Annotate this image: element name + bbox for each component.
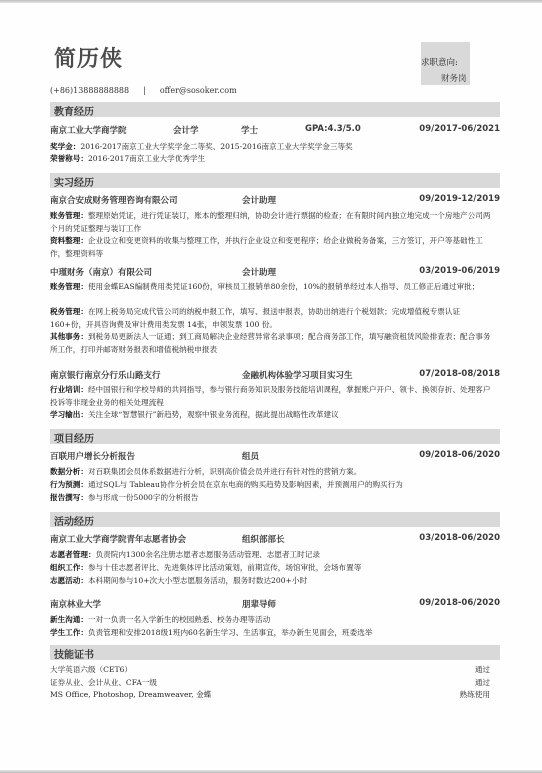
education-header-row: 南京工业大学商学院 会计学 学士 GPA:4.3/5.0 09/2017-06/… (50, 124, 500, 138)
phone: (+86)13888888888 (50, 86, 129, 95)
role: 朋辈导师 (242, 598, 276, 610)
contact-line: (+86)13888888888|offer@sosoker.com (50, 86, 237, 95)
intent-value: 财务岗 (441, 72, 469, 84)
gpa: GPA:4.3/5.0 (305, 124, 361, 134)
role: 组织部部长 (242, 533, 285, 545)
project-header-row: 百联用户增长分析报告 组员 09/2018-06/2020 (50, 450, 500, 464)
activity-line: 志愿活动：本科期间参与10+次大小型志愿服务活动，服务时数达200+小时 (50, 575, 495, 588)
activity-header-row: 南京工业大学商学院青年志愿者协会 组织部部长 03/2018-06/2020 (50, 533, 500, 547)
section-education: 教育经历 (50, 102, 500, 117)
project-name: 百联用户增长分析报告 (50, 450, 135, 462)
role: 会计助理 (242, 266, 276, 278)
skill-item: 证券从业、会计从业、CFA一级 通过 (50, 677, 490, 689)
internship-header-row: 南京合安成财务管理咨询有限公司 会计助理 09/2019-12/2019 (50, 194, 500, 208)
school: 南京工业大学商学院 (50, 124, 127, 136)
skill-item: 大学英语六级（CET6） 通过 (50, 664, 490, 676)
activity-line: 志愿者管理：负责院内1300余名注册志愿者志愿服务活动管理、志愿者工时记录 (50, 549, 495, 562)
internship-line: 资料整理：企业设立和变更资料的收集与整理工作，并执行企业设立和变更程序；给企业做… (50, 235, 495, 260)
role: 金融机构体验学习项目实习生 (242, 369, 353, 381)
section-project: 项目经历 (50, 429, 500, 444)
date: 07/2018-08/2018 (419, 369, 500, 379)
internship-line: 税务管理：在网上税务局完成代管公司的纳税申报工作，填写、报送申报表，协助出纳进行… (50, 306, 495, 331)
skill-level: 熟练使用 (460, 689, 490, 700)
skill-name: 大学英语六级（CET6） (50, 665, 132, 674)
activity-line: 学生工作：负责管理和安排2018级1班内60名新生学习、生活事宜，举办新生见面会… (50, 627, 495, 640)
page-top-edge (0, 0, 542, 3)
major: 会计学 (173, 124, 199, 136)
education-line: 奖学金：2016-2017南京工业大学奖学金二等奖、2015-2016南京工业大… (50, 141, 495, 154)
section-skills: 技能证书 (50, 645, 500, 660)
org: 南京林业大学 (50, 598, 101, 610)
org: 南京银行南京分行乐山路支行 (50, 369, 161, 381)
date: 03/2018-06/2020 (419, 533, 500, 543)
internship-line: 账务管理：整理原始凭证，进行凭证装订，账本的整理归纳，协助会计进行票据的检查；在… (50, 210, 495, 235)
project-line: 数据分析：对百联集团会员体系数据进行分析，识别高价值会员并进行有针对性的营销方案… (50, 466, 495, 479)
role: 组员 (242, 450, 259, 462)
date: 03/2019-06/2019 (419, 266, 500, 276)
activity-header-row: 南京林业大学 朋辈导师 09/2018-06/2020 (50, 598, 500, 612)
date: 09/2019-12/2019 (419, 194, 500, 204)
section-internship: 实习经历 (50, 173, 500, 188)
internship-line: 行业培训：经中国银行和学校导师的共同指导，参与银行商务知识及服务技能培训课程，掌… (50, 384, 495, 409)
activity-line: 新生沟通：一对一负责一名入学新生的校园熟悉、校务办理等活动 (50, 614, 495, 627)
internship-header-row: 中瑾财务（南京）有限公司 会计助理 03/2019-06/2019 (50, 266, 500, 280)
degree: 学士 (241, 124, 258, 136)
date: 09/2018-06/2020 (419, 450, 500, 460)
date: 09/2017-06/2021 (419, 124, 500, 134)
section-title: 教育经历 (54, 103, 94, 118)
candidate-name: 简历侠 (54, 42, 123, 73)
org: 南京合安成财务管理咨询有限公司 (50, 194, 178, 206)
section-title: 技能证书 (54, 646, 94, 661)
email: offer@sosoker.com (160, 86, 237, 95)
skill-name: 证券从业、会计从业、CFA一级 (50, 678, 157, 687)
skill-level: 通过 (475, 677, 490, 688)
contact-separator: | (143, 86, 146, 95)
education-line: 荣誉称号：2016-2017南京工业大学优秀学生 (50, 153, 495, 166)
skill-level: 通过 (475, 664, 490, 675)
activity-line: 组织工作：参与十佳志愿者评比、先进集体评比活动策划，前期宣传，场馆审批，会场布置… (50, 562, 495, 575)
org: 南京工业大学商学院青年志愿者协会 (50, 533, 186, 545)
role: 会计助理 (242, 194, 276, 206)
project-line: 行为预测：通过SQL与 Tableau协作分析会员在京东电商的购买趋势及影响因素… (50, 479, 495, 492)
internship-line: 账务管理：使用金蝶EAS编制费用类凭证160份，审核员工报销单80余份，10%的… (50, 281, 495, 294)
skill-name: MS Office, Photoshop, Dreamweaver, 金蝶 (50, 690, 211, 699)
section-title: 活动经历 (54, 513, 94, 528)
internship-header-row: 南京银行南京分行乐山路支行 金融机构体验学习项目实习生 07/2018-08/2… (50, 369, 500, 383)
skill-item: MS Office, Photoshop, Dreamweaver, 金蝶 熟练… (50, 689, 490, 701)
org: 中瑾财务（南京）有限公司 (50, 266, 152, 278)
internship-line: 学习输出：关注全球“智慧银行”新趋势，观察中银业务流程，据此提出战略性改革建议 (50, 409, 495, 422)
project-line: 报告撰写：参与形成一份5000字的分析报告 (50, 492, 495, 505)
internship-line: 其他事务：到税务局更新法人一证通；到工商局解决企业经营异常名录事项；配合商务部工… (50, 331, 495, 356)
section-activity: 活动经历 (50, 512, 500, 527)
intent-label: 求职意向: (421, 56, 458, 68)
date: 09/2018-06/2020 (419, 598, 500, 608)
section-title: 实习经历 (54, 174, 94, 189)
section-title: 项目经历 (54, 430, 94, 445)
